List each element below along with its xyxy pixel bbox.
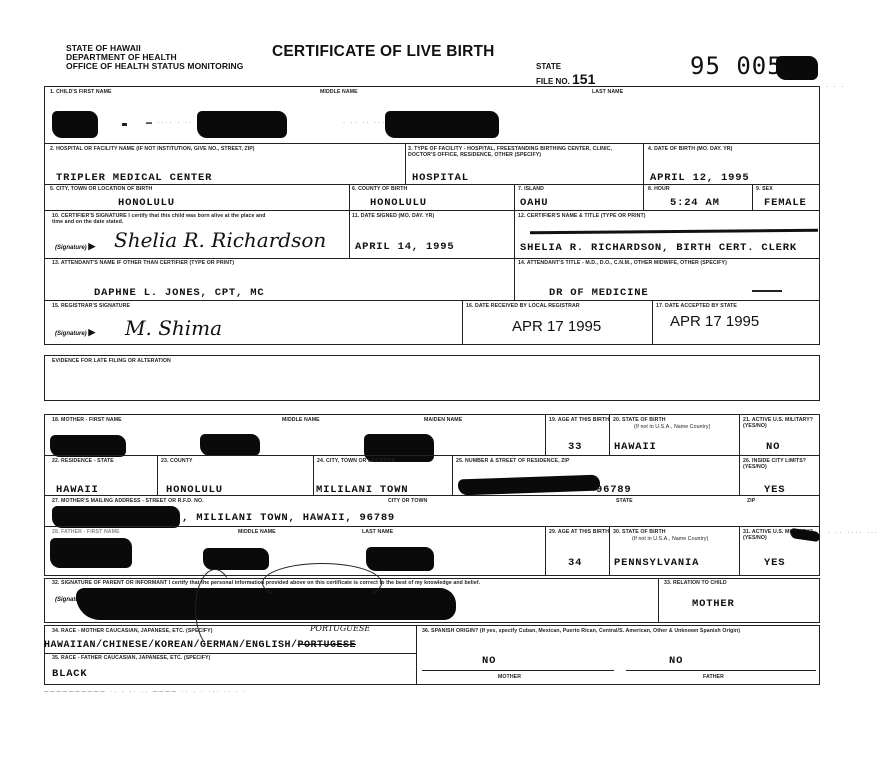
date-received-label: 16. DATE RECEIVED BY LOCAL REGISTRAR	[466, 303, 580, 309]
father-birth-state-label: 30. STATE OF BIRTH	[613, 529, 666, 535]
date-accepted-label: 17. DATE ACCEPTED BY STATE	[656, 303, 737, 309]
pen-loop-mark	[262, 563, 382, 603]
relation-value: MOTHER	[692, 598, 735, 610]
redaction-mother-first-name	[50, 435, 126, 457]
scan-artifact: ▬ ···· · ·· ··	[146, 120, 205, 126]
race-mother-handwritten-note: PORTUGUESE	[310, 624, 370, 633]
divider	[44, 210, 820, 211]
redaction-informant-signature	[76, 588, 456, 620]
certifier-signature-prefix: (Signature) ▶	[55, 241, 95, 252]
spanish-origin-father-column: FATHER	[703, 674, 724, 680]
divider	[452, 455, 453, 495]
document-title: CERTIFICATE OF LIVE BIRTH	[272, 43, 495, 61]
mailing-address-value: , MILILANI TOWN, HAWAII, 96789	[182, 512, 395, 524]
issuing-agency: STATE OF HAWAII DEPARTMENT OF HEALTH OFF…	[66, 44, 243, 71]
attendant-name-value: DAPHNE L. JONES, CPT, MC	[94, 287, 264, 299]
divider	[405, 143, 406, 184]
hospital-label: 2. HOSPITAL OR FACILITY NAME (If Not Ins…	[50, 146, 255, 152]
facility-type-value: HOSPITAL	[412, 172, 469, 184]
date-of-birth-value: APRIL 12, 1995	[650, 172, 749, 184]
residence-state-label: 22. RESIDENCE - STATE	[52, 458, 114, 464]
divider	[545, 414, 546, 455]
divider	[652, 300, 653, 345]
date-received-stamp: APR 17 1995	[512, 318, 601, 335]
certifier-signature-label: 10. CERTIFIER'S SIGNATURE I certify that…	[52, 213, 272, 225]
hour-label: 8. HOUR	[648, 186, 670, 192]
race-father-value: BLACK	[52, 668, 88, 680]
sex-label: 9. SEX	[756, 186, 773, 192]
redaction-father-last-name	[366, 547, 434, 571]
divider	[752, 184, 753, 210]
divider	[44, 143, 820, 144]
relation-label: 33. RELATION TO CHILD	[664, 580, 727, 586]
father-last-name-label: LAST NAME	[362, 529, 393, 535]
divider	[422, 670, 614, 671]
divider	[626, 670, 816, 671]
divider	[157, 455, 158, 495]
spanish-origin-mother-value: NO	[482, 655, 496, 667]
agency-office: OFFICE OF HEALTH STATUS MONITORING	[66, 62, 243, 71]
hour-value: 5:24 AM	[670, 197, 720, 209]
mother-middle-name-label: MIDDLE NAME	[282, 417, 320, 423]
scan-mark	[122, 123, 127, 126]
redaction-mother-middle-name	[200, 434, 260, 456]
mailing-city-label: CITY OR TOWN	[388, 498, 427, 504]
evidence-label: EVIDENCE FOR LATE FILING OR ALTERATION	[52, 358, 171, 364]
father-birth-state-value: PENNSYLVANIA	[614, 557, 699, 569]
father-age-label: 29. AGE AT THIS BIRTH	[549, 529, 609, 535]
redaction-child-middle-name	[197, 111, 287, 138]
race-father-label: 35. RACE - FATHER Caucasian, Japanese, E…	[52, 655, 210, 661]
residence-county-label: 23. COUNTY	[161, 458, 193, 464]
divider	[609, 414, 610, 455]
spanish-origin-label: 36. SPANISH ORIGIN? (If yes, specify Cub…	[422, 628, 740, 634]
race-mother-struck-text: PORTUGESE	[298, 640, 357, 651]
divider	[349, 210, 350, 258]
race-mother-label: 34. RACE - MOTHER Caucasian, Japanese, E…	[52, 628, 213, 634]
scan-artifact: · ·· ·· ···	[343, 120, 386, 126]
spanish-origin-father-value: NO	[669, 655, 683, 667]
mother-birth-state-value: HAWAII	[614, 441, 657, 453]
divider	[514, 184, 515, 210]
divider	[462, 300, 463, 345]
redaction-child-first-name	[52, 111, 98, 138]
file-no-label: FILE NO.	[536, 77, 570, 86]
registrar-signature: M. Shima	[125, 316, 222, 340]
mother-age-label: 19. AGE AT THIS BIRTH	[549, 417, 609, 423]
mother-military-label: 21. ACTIVE U.S. MILITARY? (yes/no)	[743, 417, 818, 429]
residence-street-label: 25. NUMBER & STREET OF RESIDENCE, ZIP	[456, 458, 570, 464]
divider	[349, 184, 350, 210]
redaction-certificate-number	[776, 56, 818, 80]
certifier-signature: Shelia R. Richardson	[114, 228, 326, 252]
residence-city-label: 24. CITY, TOWN OR LOCATION	[317, 458, 396, 464]
city-of-birth-label: 5. CITY, TOWN OR LOCATION OF BIRTH	[50, 186, 152, 192]
certifier-name-title-value: SHELIA R. RICHARDSON, BIRTH CERT. CLERK	[520, 242, 797, 254]
registrar-signature-label: 15. REGISTRAR'S SIGNATURE	[52, 303, 130, 309]
divider	[643, 143, 644, 184]
father-middle-name-label: MIDDLE NAME	[238, 529, 276, 535]
redaction-father-first-name	[50, 538, 132, 568]
scan-artifact: · · ·	[826, 84, 845, 90]
county-of-birth-label: 6. COUNTY OF BIRTH	[352, 186, 407, 192]
attendant-name-label: 13. ATTENDANT'S NAME IF OTHER THAN CERTI…	[52, 260, 234, 266]
father-first-name-label: 28. FATHER - FIRST NAME	[52, 529, 120, 535]
date-accepted-stamp: APR 17 1995	[670, 313, 759, 330]
scan-artifact: ────────── ·· · ·· ·· ──── ·· · · ··· ··…	[44, 689, 247, 695]
arrow-right-icon: ▶	[88, 327, 95, 337]
divider	[44, 495, 820, 496]
child-first-name-label: 1. CHILD'S FIRST NAME	[50, 89, 112, 95]
hospital-value: TRIPLER MEDICAL CENTER	[56, 172, 212, 184]
island-label: 7. ISLAND	[518, 186, 544, 192]
mother-birth-state-sublabel: (If not in U.S.A., Name Country)	[634, 424, 710, 430]
state-file-number: STATE FILE NO. 151	[536, 60, 595, 88]
child-last-name-label: LAST NAME	[592, 89, 623, 95]
redaction-child-last-name	[385, 111, 499, 138]
mailing-address-label: 27. MOTHER'S MAILING ADDRESS - STREET OR…	[52, 498, 204, 504]
mother-maiden-name-label: MAIDEN NAME	[424, 417, 462, 423]
divider	[658, 578, 659, 623]
sex-value: FEMALE	[764, 197, 807, 209]
attendant-title-label: 14. ATTENDANT'S TITLE - M.D., D.O., C.N.…	[518, 260, 727, 266]
divider	[739, 526, 740, 576]
mother-birth-state-label: 20. STATE OF BIRTH	[613, 417, 666, 423]
date-of-birth-label: 4. DATE OF BIRTH (Mo. Day. Yr)	[648, 146, 732, 152]
city-of-birth-value: HONOLULU	[118, 197, 175, 209]
divider	[313, 455, 314, 495]
inside-city-limits-label: 26. INSIDE CITY LIMITS? (yes/no)	[743, 458, 818, 470]
divider	[545, 526, 546, 576]
mailing-zip-label: ZIP	[747, 498, 755, 504]
spanish-origin-mother-column: MOTHER	[498, 674, 521, 680]
race-mother-value: HAWAIIAN/CHINESE/KOREAN/GERMAN/ENGLISH/P…	[44, 640, 356, 651]
divider	[643, 184, 644, 210]
registrar-signature-prefix: (Signature) ▶	[55, 327, 95, 338]
divider	[44, 653, 416, 654]
redaction-mailing-street	[52, 506, 180, 528]
divider	[44, 184, 820, 185]
mother-first-name-label: 18. MOTHER - FIRST NAME	[52, 417, 122, 423]
certifier-name-title-label: 12. CERTIFIER'S NAME & TITLE (Type or Pr…	[518, 213, 646, 219]
date-signed-label: 11. DATE SIGNED (Mo. Day. Yr)	[352, 213, 434, 219]
arrow-right-icon: ▶	[88, 241, 95, 251]
divider	[514, 210, 515, 300]
island-value: OAHU	[520, 197, 548, 209]
certificate-number: 95 005	[690, 52, 783, 80]
county-of-birth-value: HONOLULU	[370, 197, 427, 209]
date-signed-value: APRIL 14, 1995	[355, 241, 454, 253]
facility-type-label: 3. TYPE OF FACILITY - Hospital, Freestan…	[408, 146, 638, 158]
child-middle-name-label: MIDDLE NAME	[320, 89, 358, 95]
father-age-value: 34	[568, 557, 582, 569]
mother-military-value: NO	[766, 441, 780, 453]
redaction-father-middle-name	[203, 548, 269, 570]
file-no-prefix: 151	[572, 71, 595, 87]
attendant-title-value: DR OF MEDICINE	[549, 287, 648, 299]
divider	[44, 258, 820, 259]
mother-age-value: 33	[568, 441, 582, 453]
divider	[44, 526, 820, 527]
divider	[416, 625, 417, 685]
mailing-state-label: STATE	[616, 498, 633, 504]
divider	[44, 455, 820, 456]
scan-mark	[752, 290, 782, 292]
father-military-value: YES	[764, 557, 785, 569]
divider	[44, 300, 820, 301]
divider	[609, 526, 610, 576]
father-birth-state-sublabel: (If not in U.S.A., Name Country)	[632, 536, 708, 542]
scan-artifact: · ·· ···· ···	[828, 530, 879, 536]
